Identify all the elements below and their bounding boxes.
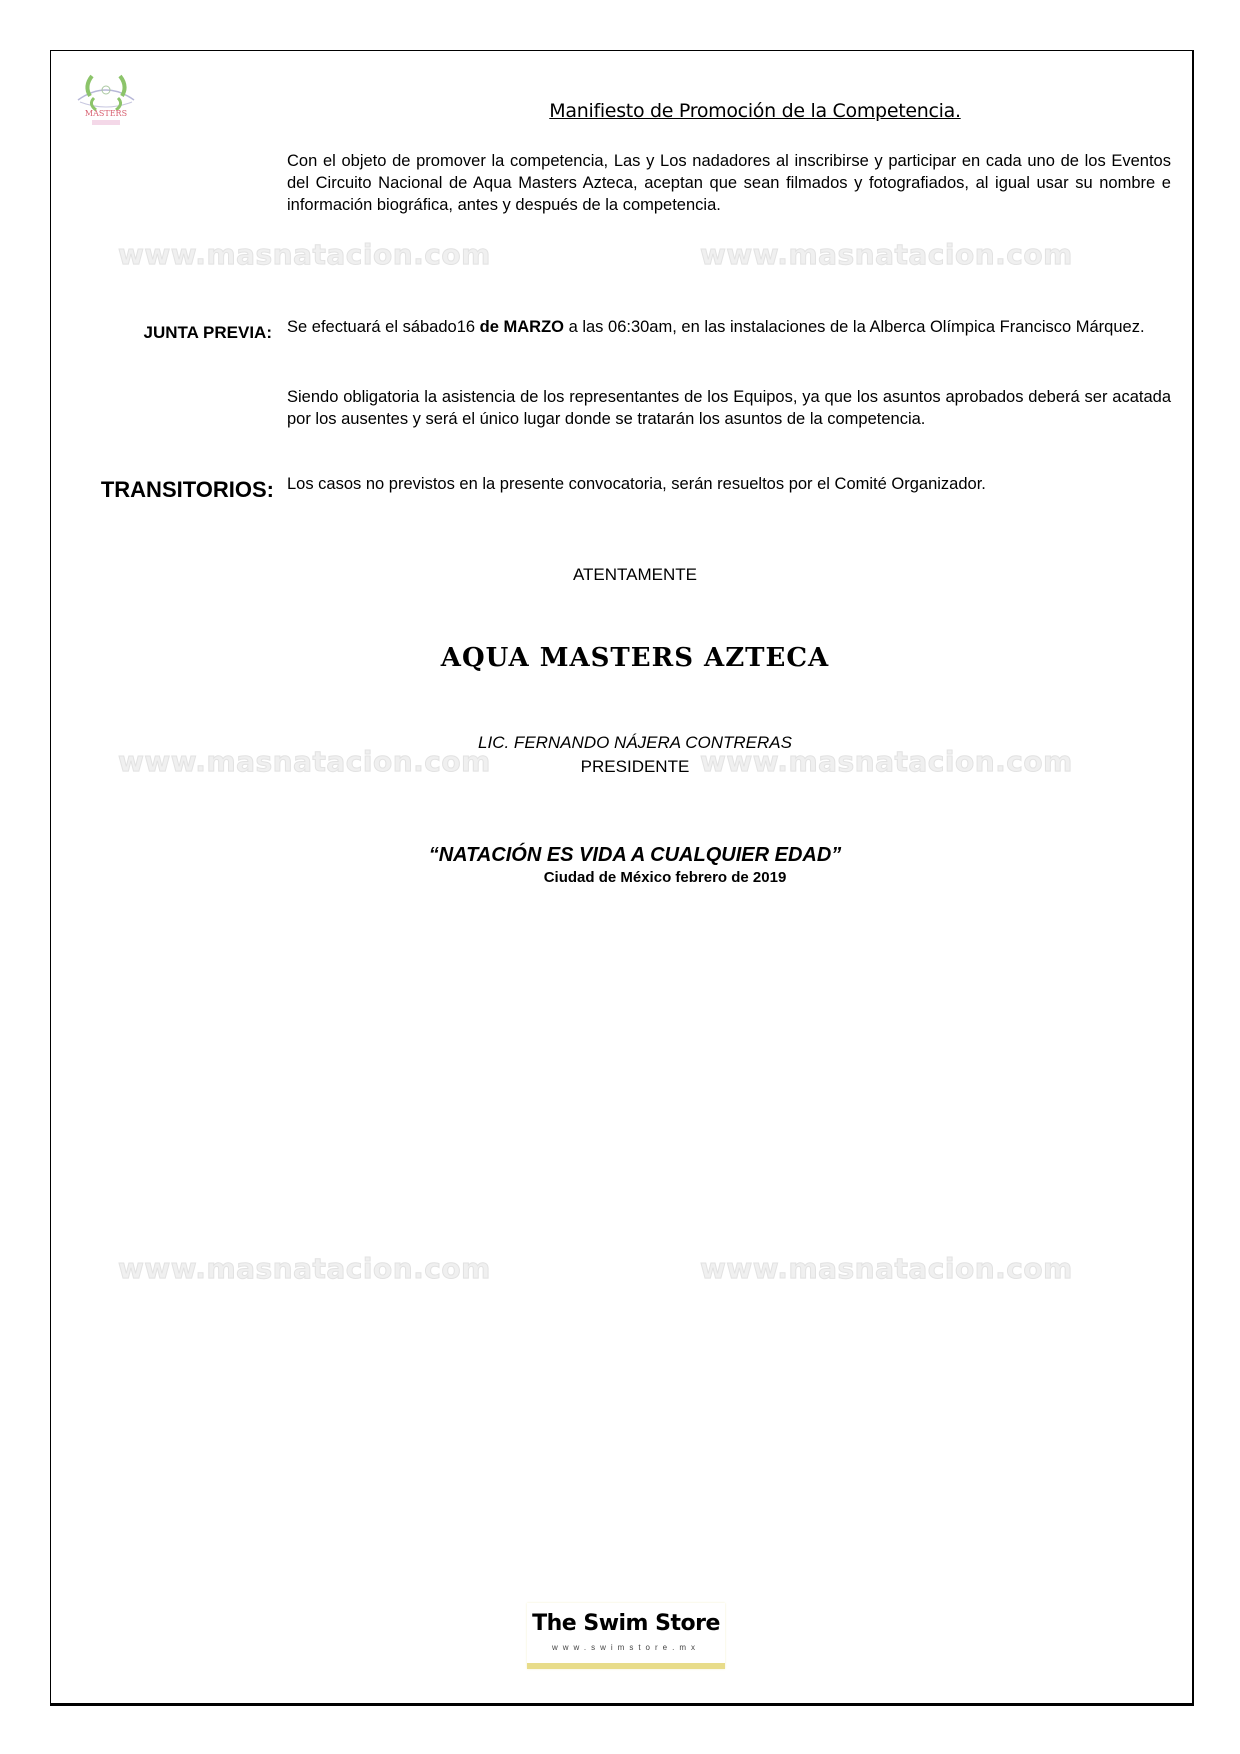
sponsor-logo: The Swim Store www.swimstore.mx — [527, 1603, 725, 1669]
signer-role: PRESIDENTE — [0, 757, 1240, 777]
watermark: www.masnatacion.com — [118, 238, 491, 271]
junta-previa-second-paragraph: Siendo obligatoria la asistencia de los … — [287, 386, 1171, 430]
watermark: www.masnatacion.com — [118, 1252, 491, 1285]
sponsor-name: The Swim Store — [527, 1611, 725, 1636]
intro-paragraph: Con el objeto de promover la competencia… — [287, 150, 1171, 216]
salutation: ATENTAMENTE — [0, 565, 1240, 585]
sponsor-strip — [527, 1663, 725, 1669]
page-title: Manifiesto de Promoción de la Competenci… — [0, 100, 1240, 122]
junta-previa-date: de MARZO — [480, 318, 564, 336]
junta-previa-label: JUNTA PREVIA: — [90, 323, 272, 343]
motto: “NATACIÓN ES VIDA A CUALQUIER EDAD” — [0, 844, 1240, 867]
sponsor-url: www.swimstore.mx — [527, 1643, 725, 1652]
watermark: www.masnatacion.com — [700, 238, 1073, 271]
signer-name: LIC. FERNANDO NÁJERA CONTRERAS — [0, 733, 1240, 753]
junta-previa-text: Se efectuará el sábado16 — [287, 318, 480, 336]
transitorios-text: Los casos no previstos en la presente co… — [287, 473, 1171, 495]
watermark: www.masnatacion.com — [700, 1252, 1073, 1285]
place-date: Ciudad de México febrero de 2019 — [0, 869, 1240, 886]
junta-previa-text-end: a las 06:30am, en las instalaciones de l… — [564, 318, 1145, 336]
organization-name: AQUA MASTERS AZTECA — [0, 643, 1240, 673]
junta-previa-paragraph: Se efectuará el sábado16 de MARZO a las … — [287, 316, 1171, 338]
transitorios-label: TRANSITORIOS: — [80, 477, 274, 503]
